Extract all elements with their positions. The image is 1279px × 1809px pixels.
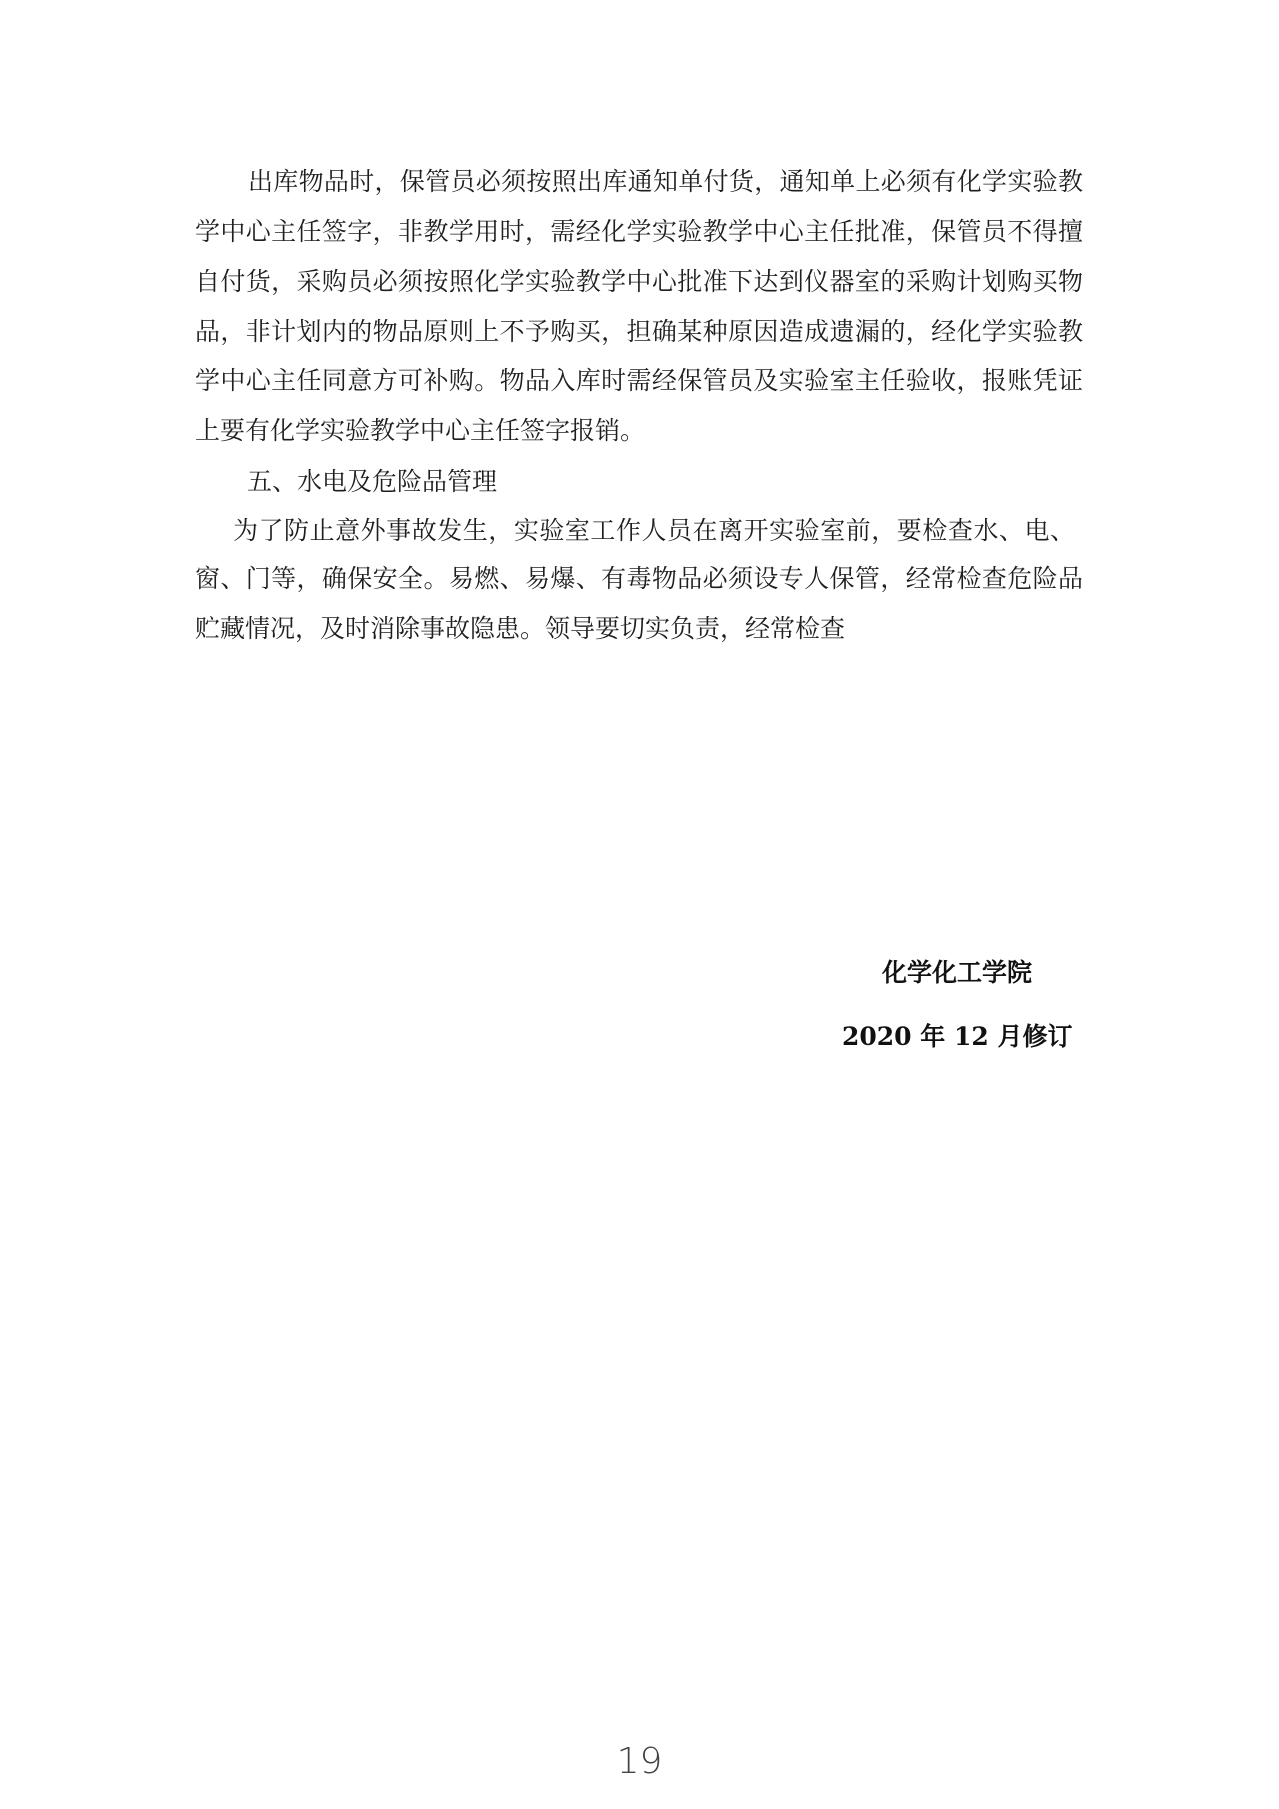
paragraph-1-line-6: 上要有化学实验教学中心主任签字报销。 bbox=[195, 416, 645, 446]
paragraph-2-line-1: 为了防止意外事故发生，实验室工作人员在离开实验室前，要检查水、电、 bbox=[233, 516, 1075, 546]
paragraph-1-line-5: 学中心主任同意方可补购。物品入库时需经保管员及实验室主任验收，报账凭证 bbox=[195, 366, 1083, 396]
paragraph-1-line-3: 自付货，采购员必须按照化学实验教学中心批准下达到仪器室的采购计划购买物 bbox=[195, 267, 1083, 297]
paragraph-2-line-3: 贮藏情况，及时消除事故隐患。领导要切实负责，经常检查 bbox=[195, 614, 845, 644]
paragraph-1-line-2: 学中心主任签字，非教学用时，需经化学实验教学中心主任批准，保管员不得擅 bbox=[195, 217, 1083, 247]
paragraph-1-line-1: 出库物品时，保管员必须按照出库通知单付货，通知单上必须有化学实验教 bbox=[248, 167, 1083, 197]
paragraph-2-line-2: 窗、门等，确保安全。易燃、易爆、有毒物品必须设专人保管，经常检查危险品 bbox=[195, 564, 1083, 594]
signature-date: 2020 年 12 月修订 bbox=[842, 1022, 1072, 1052]
section-heading: 五、水电及危险品管理 bbox=[247, 467, 497, 497]
paragraph-1-line-4: 品，非计划内的物品原则上不予购买，担确某种原因造成遗漏的，经化学实验教 bbox=[195, 317, 1083, 347]
document-page: 出库物品时，保管员必须按照出库通知单付货，通知单上必须有化学实验教 学中心主任签… bbox=[0, 0, 1279, 1809]
page-number: 19 bbox=[0, 1742, 1279, 1782]
signature-organization: 化学化工学院 bbox=[882, 958, 1032, 988]
